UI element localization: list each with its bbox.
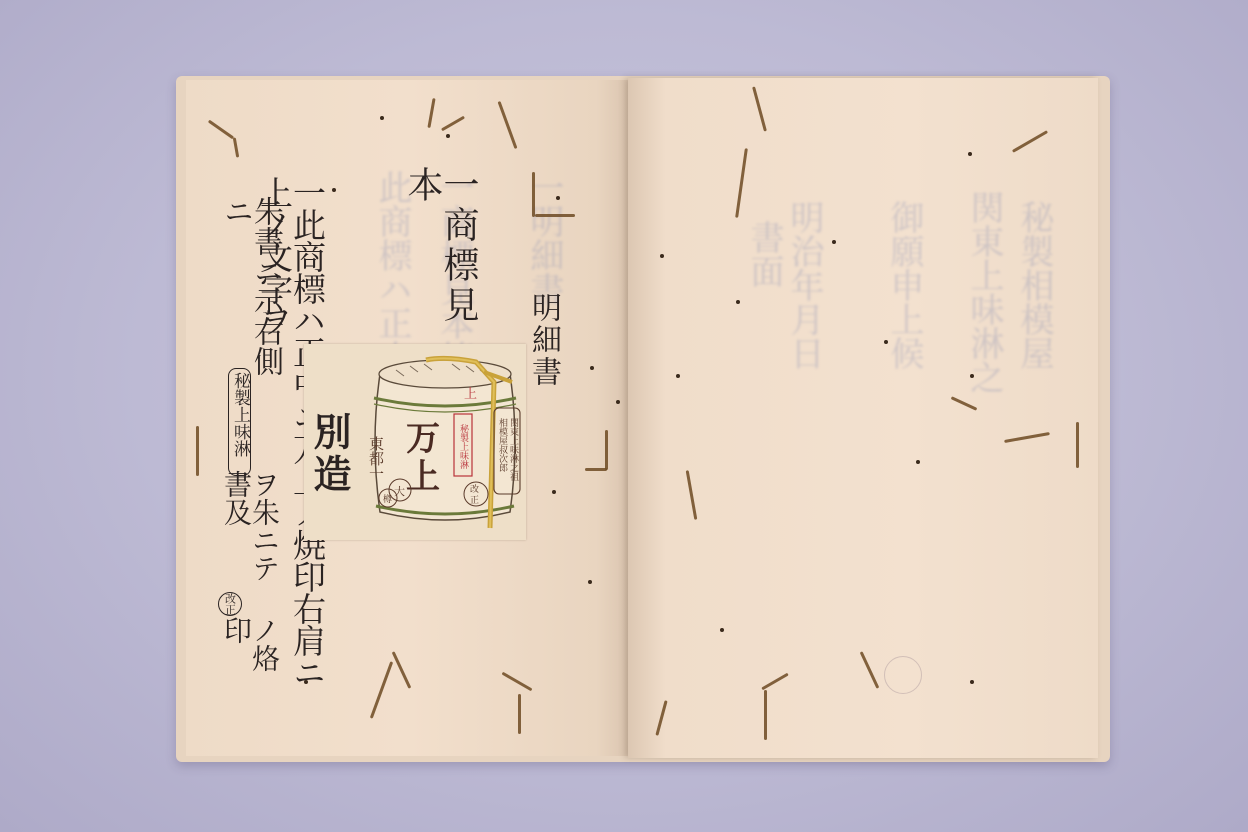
svg-text:関東上味淋之祖: 関東上味淋之祖 [508, 418, 519, 481]
meisaisho-heading: 明細書 [528, 292, 558, 412]
kaisei-seal: 改正 [218, 592, 242, 616]
faint-seal-stamp [884, 656, 922, 694]
bleed-through-text: 御願申上候 [880, 200, 929, 670]
wormhole [552, 490, 556, 494]
wormhole [304, 680, 308, 684]
wormhole [720, 628, 724, 632]
top-right-mark: 上 [464, 387, 477, 402]
wormhole [332, 188, 336, 192]
svg-text:秘製上味淋: 秘製上味淋 [458, 424, 469, 470]
svg-text:樽: 樽 [383, 493, 392, 505]
wormhole [736, 300, 740, 304]
wormhole [380, 116, 384, 120]
wormhole [660, 254, 664, 258]
description-column-2: 朱書ニ示右側ニ [220, 196, 280, 376]
description-column-2-cont: ヲ朱ニテ書及 [222, 470, 278, 600]
wormhole-damage [585, 468, 607, 471]
wormhole [968, 152, 972, 156]
bleed-through-text: 関東上味淋之 [960, 190, 1009, 570]
wormhole-damage [764, 690, 767, 740]
wormhole-damage [518, 694, 521, 734]
svg-text:東都一: 東都一 [367, 436, 385, 481]
wormhole-damage [535, 214, 575, 217]
svg-text:大: 大 [394, 484, 405, 498]
wormhole [590, 366, 594, 370]
svg-text:万: 万 [406, 419, 440, 459]
sake-barrel-illustration: 上 東都一 万 上 秘製上味淋 関東上味淋之祖 相模屋叔次郎 大 樽 改 正 [366, 352, 524, 530]
wormhole [884, 340, 888, 344]
svg-text:正: 正 [470, 495, 479, 506]
description-column-2-end: ノ烙印 [222, 616, 278, 686]
boxed-text-himitsu-mirin: 秘製上味淋 [228, 368, 251, 476]
svg-text:改: 改 [470, 483, 479, 495]
wormhole-damage [605, 430, 608, 470]
svg-text:相模屋叔次郎: 相模屋叔次郎 [497, 417, 508, 473]
wormhole [832, 240, 836, 244]
bleed-through-text: 書面 [740, 220, 789, 580]
wormhole-damage [196, 426, 199, 476]
wormhole [588, 580, 592, 584]
wormhole-damage [1076, 422, 1079, 468]
wormhole [556, 196, 560, 200]
bleed-through-text: 秘製相模屋 [1010, 200, 1059, 560]
wormhole [676, 374, 680, 378]
wormhole [916, 460, 920, 464]
section-title-trademark-sample: 一商標見本 [404, 166, 476, 346]
betsuzo-label: 別造 [310, 412, 348, 512]
wormhole [616, 400, 620, 404]
wormhole [446, 134, 450, 138]
wormhole [970, 680, 974, 684]
wormhole [970, 374, 974, 378]
wormhole-damage [532, 172, 535, 217]
